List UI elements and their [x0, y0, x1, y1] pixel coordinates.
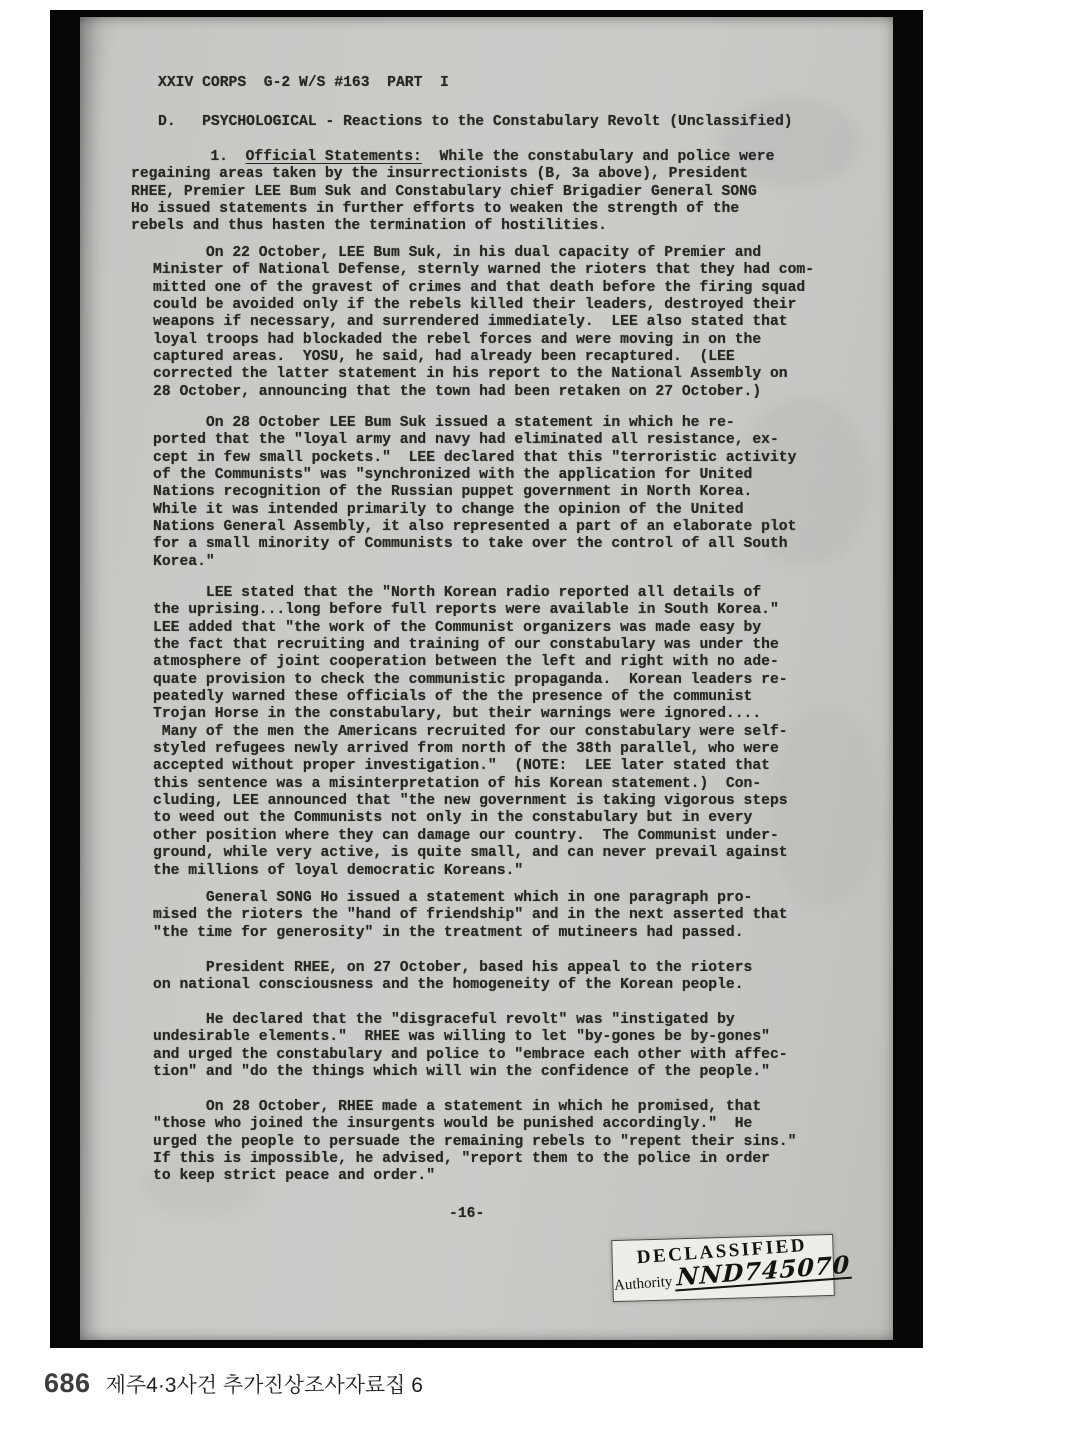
paragraph: On 28 October LEE Bum Suk issued a state…: [153, 415, 796, 571]
book-title: 제주4·3사건 추가진상조사자료집 6: [106, 1369, 423, 1399]
paragraph: On 28 October, RHEE made a statement in …: [153, 1099, 796, 1186]
authority-label: Authority: [614, 1274, 673, 1294]
section-heading: D. PSYCHOLOGICAL - Reactions to the Cons…: [158, 114, 793, 131]
declassified-stamp-content: DECLASSIFIED Authority NND745070: [611, 1234, 834, 1298]
book-page-number: 686: [44, 1368, 91, 1399]
declassified-stamp: DECLASSIFIED Authority NND745070: [611, 1234, 835, 1302]
paragraph: General SONG Ho issued a statement which…: [153, 890, 788, 942]
paragraph-prefix: 1.: [131, 149, 246, 165]
paragraph: President RHEE, on 27 October, based his…: [153, 960, 752, 995]
paragraph: He declared that the "disgraceful revolt…: [153, 1012, 788, 1081]
page-number: -16-: [449, 1206, 484, 1223]
book-caption: 686 제주4·3사건 추가진상조사자료집 6: [44, 1368, 423, 1399]
document-header: XXIV CORPS G-2 W/S #163 PART I: [158, 75, 449, 92]
paragraph: LEE stated that the "North Korean radio …: [153, 585, 788, 880]
paragraph: On 22 October, LEE Bum Suk, in his dual …: [153, 245, 814, 401]
paragraph-official-statements: 1. Official Statements: While the consta…: [131, 149, 774, 236]
underlined-heading: Official Statements:: [246, 149, 422, 165]
